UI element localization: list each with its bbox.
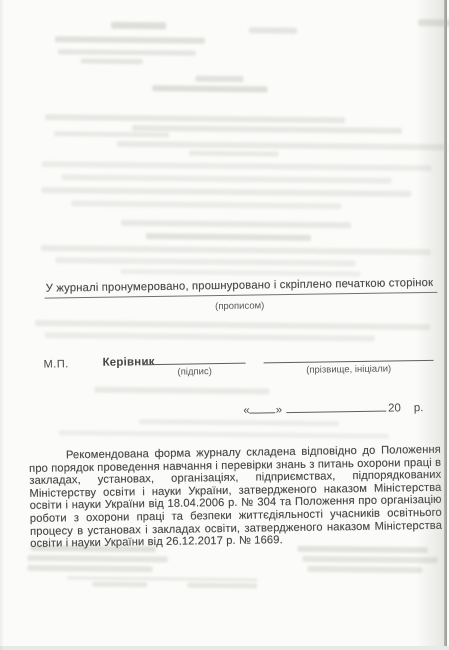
scanned-document-page: У журналі пронумеровано, прошнуровано і …	[0, 0, 449, 650]
day-blank	[250, 401, 276, 413]
propysom-caption: (прописом)	[38, 298, 442, 315]
signature-caption: (підпис)	[144, 366, 246, 379]
seal-placeholder-label: М.П.	[43, 358, 68, 370]
note-paragraph: Рекомендована форма журналу складена від…	[29, 444, 442, 551]
date-fill-line: «»20р.	[243, 399, 423, 417]
page-left-edge	[0, 0, 4, 650]
page-right-edge	[444, 0, 447, 650]
year-prefix: 20	[388, 402, 401, 414]
close-quote: »	[276, 404, 283, 416]
page-bottom-edge	[0, 646, 449, 650]
page-right-shadow	[416, 0, 446, 650]
name-caption: (прізвище, ініціали)	[259, 363, 439, 377]
signature-fill-line	[144, 363, 246, 366]
page-content: У журналі пронумеровано, прошнуровано і …	[0, 0, 449, 650]
month-blank	[286, 400, 386, 413]
